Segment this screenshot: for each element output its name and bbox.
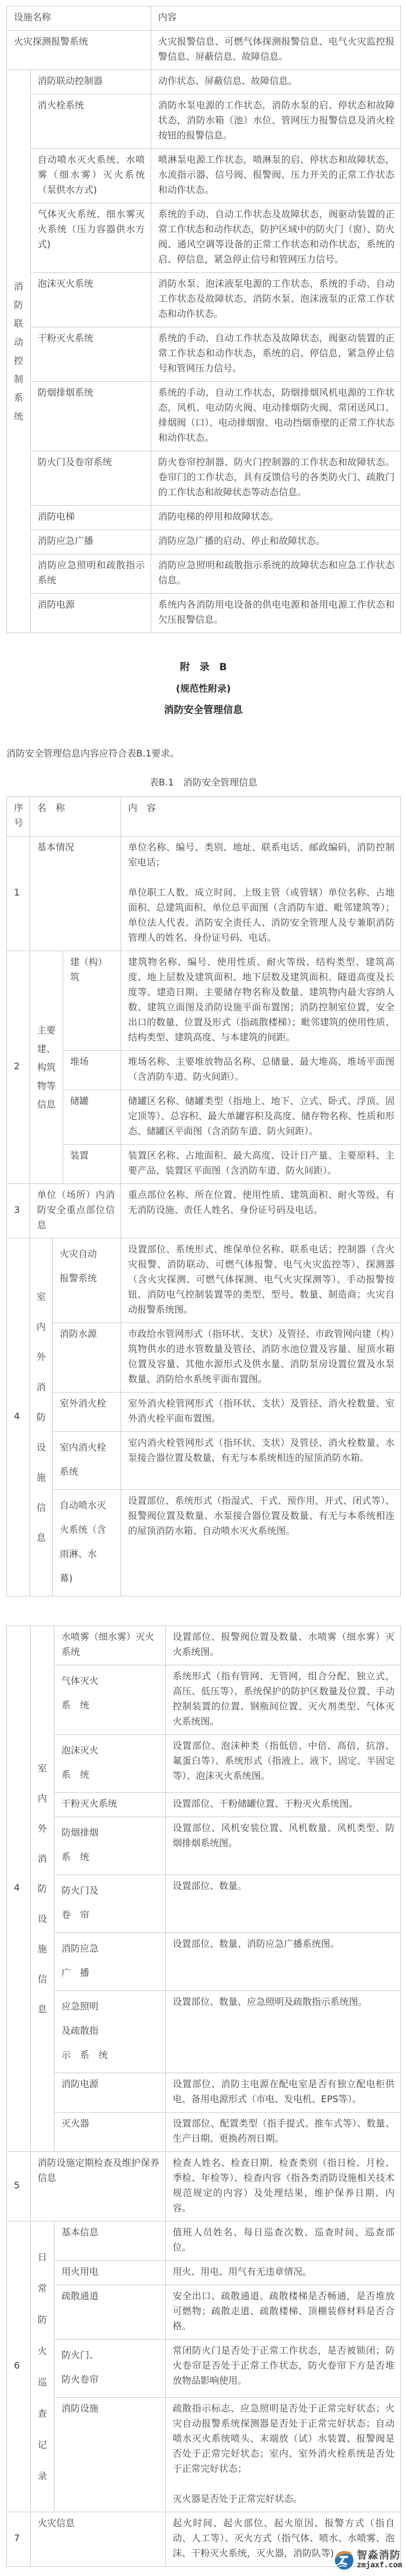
table-row: 4 室 内 外 消 防 设 施 信 息 水喷雾（细水雾）灭火 系统 设置部位、报… (7, 1626, 401, 1665)
item-name-cell: 干粉灭火系统 (54, 1793, 166, 1817)
management-info-table-part1: 序号 名 称 内 容 1 基本情况 单位名称、编号、类别、地址、联系电话、邮政编… (6, 796, 401, 1596)
table-row: 用火用电用火、用电、用气有无违章情况。 (7, 2261, 401, 2285)
item-name-cell: 防烟排烟 系 统 (54, 1817, 166, 1875)
table-row: 6 日 常 防 火 巡 查 记 录 基本信息 值班人员姓名、每日巡查次数、巡查时… (7, 2221, 401, 2261)
intro-paragraph: 消防安全管理信息内容应符合表B.1要求。 (6, 746, 400, 761)
row-number-cell: 7 (7, 2512, 31, 2567)
row-number-cell: 1 (7, 836, 30, 951)
facility-content-cell: 喷淋泵电源工作状态，喷淋泵的启、停状态和故障状态，水流指示器、信号阀、报警阀、压… (151, 149, 401, 203)
facility-content-cell: 动作状态、屏蔽信息、故障信息。 (151, 70, 401, 94)
item-name-cell: 防火门及 卷 帘 (54, 1875, 166, 1933)
table-row: 消防水源市政给水管网形式（指环状、支状）及管径、市政管网向建（构）筑物供水的进水… (7, 1323, 401, 1393)
table-row: 气体灭火 系 统系统形式（指有管网、无管网，组合分配、独立式，高压、低压等）、系… (7, 1665, 401, 1735)
item-name-cell: 消防应急 广 播 (54, 1933, 166, 1991)
table-row: 1 基本情况 单位名称、编号、类别、地址、联系电话、邮政编码，消防控制室电话； … (7, 836, 401, 951)
facility-name-cell: 消火栓系统 (31, 94, 151, 149)
table-row: 消防电源系统内各消防用电设备的供电电源和备用电源工作状态和欠压报警信息。 (7, 594, 401, 633)
name-header: 名 称 (30, 797, 121, 836)
item-name-cell: 基本情况 (30, 836, 121, 951)
facility-content-cell: 防火卷帘控制器、防火门控制器的工作状态和故障状态。卷帘门的工作状态，具有反馈信号… (151, 451, 401, 506)
table-row: 疏散通道安全出口、疏散通道、疏散楼梯是否畅通，是否堆放可燃物；疏散走道、疏散楼梯… (7, 2285, 401, 2340)
item-content-cell: 设置部位、系统形式、维保单位名称、联系电话；控制器（含火灾报警、消防联动、可燃气… (121, 1238, 401, 1323)
table-row: 气体灭火系统、细水雾灭火系统（压力容器供水方式)系统的手动、自动工作状态及故障状… (7, 203, 401, 273)
item-name-cell: 疏散通道 (54, 2285, 166, 2340)
item-name-cell: 建（构） 筑 (63, 951, 121, 1051)
table-row: 火灾探测报警系统 火灾报警信息、可燃气体探测报警信息、电气火灾监控报警信息、屏蔽… (7, 31, 401, 70)
item-name-cell: 火灾自动 报警系统 (53, 1238, 121, 1323)
item-name-cell: 室外消火栓 (53, 1393, 121, 1432)
item-content-cell: 系统形式（指有管网、无管网，组合分配、独立式，高压、低压等）、系统保护的防护区数… (166, 1665, 401, 1735)
item-content-cell: 设置部位、泡沫种类（指低倍、中倍、高倍，抗溶、氟蛋白等）、系统形式（指液上、液下… (166, 1735, 401, 1793)
item-content-cell: 安全出口、疏散通道、疏散楼梯是否畅通，是否堆放可燃物；疏散走道、疏散楼梯、顶棚装… (166, 2285, 401, 2340)
item-name-cell: 基本信息 (54, 2221, 166, 2261)
facility-content-cell: 消防水泵电源的工作状态，消防水泵的启、停状态和故障状态，消防水箱（池）水位、管网… (151, 94, 401, 149)
facility-name-cell: 消防应急照明和疏散指示系统 (31, 554, 151, 594)
item-content-cell: 设置部位、报警阀位置及数量、水喷雾（细水雾）灭火系统图。 (166, 1626, 401, 1665)
row-number-cell: 4 (7, 1626, 31, 2152)
group-label-buildings: 主要 建、 构筑 物等 信息 (30, 951, 63, 1184)
item-content-cell: 设置部位、干粉储罐位置、干粉灭火系统图。 (166, 1793, 401, 1817)
content-header: 内 容 (121, 797, 401, 836)
item-name-cell: 装置 (63, 1145, 121, 1184)
watermark-text: 智淼消防 zmjaxf.com (357, 2550, 402, 2570)
item-name-cell: 防火门、 防火卷帘 (54, 2340, 166, 2398)
group-label-fire-facilities: 室 内 外 消 防 设 施 信 息 (30, 1238, 53, 1596)
serial-header: 序号 (7, 797, 30, 836)
item-content-cell: 室外消火栓管网形式（指环状、支状）及管径、消火栓数量、室外消火栓平面布置图。 (121, 1393, 401, 1432)
item-name-cell: 消防设施定期检查及维护保养信息 (31, 2152, 166, 2221)
facility-name-cell: 防烟排烟系统 (31, 382, 151, 451)
appendix-title: 附 录 B (6, 659, 400, 673)
item-content-cell: 设置部位、消防主电源在配电室是否有独立配电柜供电、备用电源形式（市电、发电机、E… (166, 2073, 401, 2113)
item-content-cell: 设置部位、风机安装位置、风机数量、风机类型、防烟排烟系统图。 (166, 1817, 401, 1875)
table-row: 应急照明 及疏散指 示 系 统设置部位、数量、应急照明及疏散指示系统图。 (7, 1991, 401, 2073)
facility-name-cell: 气体灭火系统、细水雾灭火系统（压力容器供水方式) (31, 203, 151, 273)
facility-name-cell: 消防联动控制器 (31, 70, 151, 94)
facility-content-cell: 系统内各消防用电设备的供电电源和备用电源工作状态和欠压报警信息。 (151, 594, 401, 633)
item-content-cell: 建筑物名称、编号、使用性质、耐火等级、结构类型、建筑高度、地上层数及建筑面积、地… (121, 951, 401, 1051)
item-content-cell: 储罐区名称、储罐类型（指地上、地下、立式、卧式、浮顶、固定顶等）、总容积、最大单… (121, 1090, 401, 1145)
facility-content-cell: 消防应急广播的启动、停止和故障状态。 (151, 530, 401, 554)
appendix-subtitle: (规范性附录) (6, 681, 400, 695)
facility-name-cell: 消防电梯 (31, 506, 151, 530)
item-name-cell: 泡沫灭火 系 统 (54, 1735, 166, 1793)
item-content-cell: 堆场名称、主要堆放物品名称、总储量、最大堆高、堆场平面图（含消防车道、防火间距）… (121, 1051, 401, 1090)
management-info-table-part2: 4 室 内 外 消 防 设 施 信 息 水喷雾（细水雾）灭火 系统 设置部位、报… (6, 1625, 401, 2567)
table-row: 灭火器设置部位、配置类型（指手提式、推车式等）、数量、生产日期、更换药剂日期。 (7, 2113, 401, 2152)
table-row: 消防应急照明和疏散指示系统消防应急照明和疏散指示系统的故障状态和应急工作状态信息… (7, 554, 401, 594)
item-content-cell: 设置部位、数量、应急照明及疏散指示系统图。 (166, 1991, 401, 2073)
row-number-cell: 5 (7, 2152, 31, 2221)
item-content-cell: 疏散指示标志、应急照明是否处于正常完好状态；火灾自动报警系统探测器是否处于正常完… (166, 2398, 401, 2512)
table-header-row: 设施名称 内容 (7, 6, 401, 31)
item-name-cell: 用火用电 (54, 2261, 166, 2285)
table-row: 防火门及 卷 帘设置部位、数量。 (7, 1875, 401, 1933)
zhimiao-watermark: 智淼消防 zmjaxf.com (334, 2549, 402, 2570)
table-caption: 表B.1 消防安全管理信息 (6, 775, 400, 788)
facility-content-cell: 系统的手动、自动工作状态及故障状态，阀驱动装置的正常工作状态和动作状态，防护区域… (151, 203, 401, 273)
item-name-cell: 水喷雾（细水雾）灭火 系统 (54, 1626, 166, 1665)
table-header-row: 序号 名 称 内 容 (7, 797, 401, 836)
facility-name-cell: 消防应急广播 (31, 530, 151, 554)
content-header: 内容 (151, 6, 401, 31)
item-name-cell: 气体灭火 系 统 (54, 1665, 166, 1735)
table-row: 泡沫灭火系统消防水泵、泡沫液泵电源的工作状态，系统的手动、自动工作状态及故障状态… (7, 273, 401, 327)
row-number-cell: 6 (7, 2221, 31, 2512)
table-row: 5 消防设施定期检查及维护保养信息 检查人姓名、检查日期、检查类别（指日检、月检… (7, 2152, 401, 2221)
facility-name-cell: 火灾探测报警系统 (7, 31, 151, 70)
item-name-cell: 消防电源 (54, 2073, 166, 2113)
table-row: 室内消火栓 系统室内消火栓管网形式（指环状、支状）及管径、消火栓数量、水泵接合器… (7, 1432, 401, 1490)
table-row: 4 室 内 外 消 防 设 施 信 息 火灾自动 报警系统 设置部位、系统形式、… (7, 1238, 401, 1323)
item-name-cell: 消防水源 (53, 1323, 121, 1393)
table-row: 装置装置区名称、占地面积、最大高度、设计日产量、主要原料、主要产品、装置区平面图… (7, 1145, 401, 1184)
table-row: 消防应急 广 播设置部位、数量、消防应急广播系统图。 (7, 1933, 401, 1991)
table-row: 消防应急广播消防应急广播的启动、停止和故障状态。 (7, 530, 401, 554)
item-content-cell: 用火、用电、用气有无违章情况。 (166, 2261, 401, 2285)
appendix-heading: 消防安全管理信息 (6, 701, 400, 716)
item-name-cell: 堆场 (63, 1051, 121, 1090)
facility-content-cell: 系统的手动、自动工作状态，防烟排烟风机电源的工作状态，风机、电动防火阀、电动排烟… (151, 382, 401, 451)
facility-content-cell: 火灾报警信息、可燃气体探测报警信息、电气火灾监控报警信息、屏蔽信息、故障信息。 (151, 31, 401, 70)
row-number-cell: 4 (7, 1238, 30, 1596)
zhimiao-logo-icon (334, 2549, 355, 2570)
item-content-cell: 市政给水管网形式（指环状、支状）及管径、市政管网向建（构）筑物供水的进水管数量及… (121, 1323, 401, 1393)
item-content-cell: 设置部位、数量。 (166, 1875, 401, 1933)
table-row: 防火门及卷帘系统防火卷帘控制器、防火门控制器的工作状态和故障状态。卷帘门的工作状… (7, 451, 401, 506)
item-name-cell: 储罐 (63, 1090, 121, 1145)
item-name-cell: 灭火器 (54, 2113, 166, 2152)
item-content-cell: 设置部位、数量、消防应急广播系统图。 (166, 1933, 401, 1991)
table-row: 自动喷水灭火系统、水喷雾（细水雾）灭火系统（泵供水方式)喷淋泵电源工作状态，喷淋… (7, 149, 401, 203)
item-name-cell: 室内消火栓 系统 (53, 1432, 121, 1490)
item-content-cell: 室内消火栓管网形式（指环状、支状）及管径、消火栓数量、水泵接合器位置及数量、有无… (121, 1432, 401, 1490)
table-row: 室外消火栓室外消火栓管网形式（指环状、支状）及管径、消火栓数量、室外消火栓平面布… (7, 1393, 401, 1432)
facility-name-cell: 干粉灭火系统 (31, 327, 151, 382)
facility-content-cell: 系统的手动、自动工作状态及故障状态，阀驱动装置的正常工作状态和动作状态，系统的启… (151, 327, 401, 382)
table-row: 堆场堆场名称、主要堆放物品名称、总储量、最大堆高、堆场平面图（含消防车道、防火间… (7, 1051, 401, 1090)
table-row: 防火门、 防火卷帘常闭防火门是否处于正常工作状态，是否被锁闭；防火卷帘是否处于正… (7, 2340, 401, 2398)
item-content-cell: 值班人员姓名、每日巡查次数、巡查时间、巡查部位。 (166, 2221, 401, 2261)
table-row: 防烟排烟系统系统的手动、自动工作状态，防烟排烟风机电源的工作状态，风机、电动防火… (7, 382, 401, 451)
facility-name-cell: 防火门及卷帘系统 (31, 451, 151, 506)
item-name-cell: 应急照明 及疏散指 示 系 统 (54, 1991, 166, 2073)
item-content-cell: 重点部位名称、所在位置、使用性质、建筑面积、耐火等级、有无消防设施、责任人姓名、… (121, 1184, 401, 1238)
group-label-linkage-control: 消 防 联 动 控 制 系 统 (7, 70, 31, 633)
table-row: 消 防 联 动 控 制 系 统 消防联动控制器 动作状态、屏蔽信息、故障信息。 (7, 70, 401, 94)
item-name-cell: 自动喷水灭 火系统（含 雨淋、水 幕) (53, 1490, 121, 1596)
item-content-cell: 单位名称、编号、类别、地址、联系电话、邮政编码，消防控制室电话； 单位职工人数、… (121, 836, 401, 951)
table-row: 3 单位（场所）内消防安全重点部位信息 重点部位名称、所在位置、使用性质、建筑面… (7, 1184, 401, 1238)
table-row: 消防设施疏散指示标志、应急照明是否处于正常完好状态；火灾自动报警系统探测器是否处… (7, 2398, 401, 2512)
facility-content-cell: 消防水泵、泡沫液泵电源的工作状态，系统的手动、自动工作状态及故障状态，消防水泵、… (151, 273, 401, 327)
table-row: 消防电梯消防电梯的停用和故障状态。 (7, 506, 401, 530)
watermark-brand: 智淼消防 (357, 2550, 402, 2562)
facility-content-cell: 消防电梯的停用和故障状态。 (151, 506, 401, 530)
item-content-cell: 设置部位、配置类型（指手提式、推车式等）、数量、生产日期、更换药剂日期。 (166, 2113, 401, 2152)
group-label-fire-facilities: 室 内 外 消 防 设 施 信 息 (31, 1626, 54, 2152)
table-row: 消防电源设置部位、消防主电源在配电室是否有独立配电柜供电、备用电源形式（市电、发… (7, 2073, 401, 2113)
row-number-cell: 3 (7, 1184, 30, 1238)
facility-content-cell: 消防应急照明和疏散指示系统的故障状态和应急工作状态信息。 (151, 554, 401, 594)
item-name-cell: 单位（场所）内消防安全重点部位信息 (30, 1184, 121, 1238)
item-name-cell: 消防设施 (54, 2398, 166, 2512)
item-content-cell: 常闭防火门是否处于正常工作状态，是否被锁闭；防火卷帘是否处于正常工作状态，防火卷… (166, 2340, 401, 2398)
document-page: 设施名称 内容 火灾探测报警系统 火灾报警信息、可燃气体探测报警信息、电气火灾监… (0, 0, 405, 2576)
item-content-cell: 装置区名称、占地面积、最大高度、设计日产量、主要原料、主要产品、装置区平面图（含… (121, 1145, 401, 1184)
table-row: 干粉灭火系统系统的手动、自动工作状态及故障状态，阀驱动装置的正常工作状态和动作状… (7, 327, 401, 382)
table-row: 2 主要 建、 构筑 物等 信息 建（构） 筑 建筑物名称、编号、使用性质、耐火… (7, 951, 401, 1051)
facility-name-cell: 泡沫灭火系统 (31, 273, 151, 327)
item-content-cell: 设置部位、系统形式（指湿式、干式、预作用，开式、闭式等）、报警阀位置及数量、水泵… (121, 1490, 401, 1596)
table-row: 储罐储罐区名称、储罐类型（指地上、地下、立式、卧式、浮顶、固定顶等）、总容积、最… (7, 1090, 401, 1145)
item-name-cell: 火灾信息 (31, 2512, 166, 2567)
table-row: 泡沫灭火 系 统设置部位、泡沫种类（指低倍、中倍、高倍，抗溶、氟蛋白等）、系统形… (7, 1735, 401, 1793)
table-row: 自动喷水灭 火系统（含 雨淋、水 幕)设置部位、系统形式（指湿式、干式、预作用，… (7, 1490, 401, 1596)
facility-name-header: 设施名称 (7, 6, 151, 31)
facility-name-cell: 自动喷水灭火系统、水喷雾（细水雾）灭火系统（泵供水方式) (31, 149, 151, 203)
facility-info-table: 设施名称 内容 火灾探测报警系统 火灾报警信息、可燃气体探测报警信息、电气火灾监… (6, 6, 401, 633)
watermark-domain: zmjaxf.com (357, 2562, 402, 2570)
table-row: 防烟排烟 系 统设置部位、风机安装位置、风机数量、风机类型、防烟排烟系统图。 (7, 1817, 401, 1875)
item-content-cell: 检查人姓名、检查日期、检查类别（指日检、月检、季检、年检等）、检查内容（指各类消… (166, 2152, 401, 2221)
row-number-cell: 2 (7, 951, 30, 1184)
table-row: 干粉灭火系统设置部位、干粉储罐位置、干粉灭火系统图。 (7, 1793, 401, 1817)
group-label-daily-patrol: 日 常 防 火 巡 查 记 录 (31, 2221, 54, 2512)
facility-name-cell: 消防电源 (31, 594, 151, 633)
table-row: 消火栓系统消防水泵电源的工作状态，消防水泵的启、停状态和故障状态，消防水箱（池）… (7, 94, 401, 149)
